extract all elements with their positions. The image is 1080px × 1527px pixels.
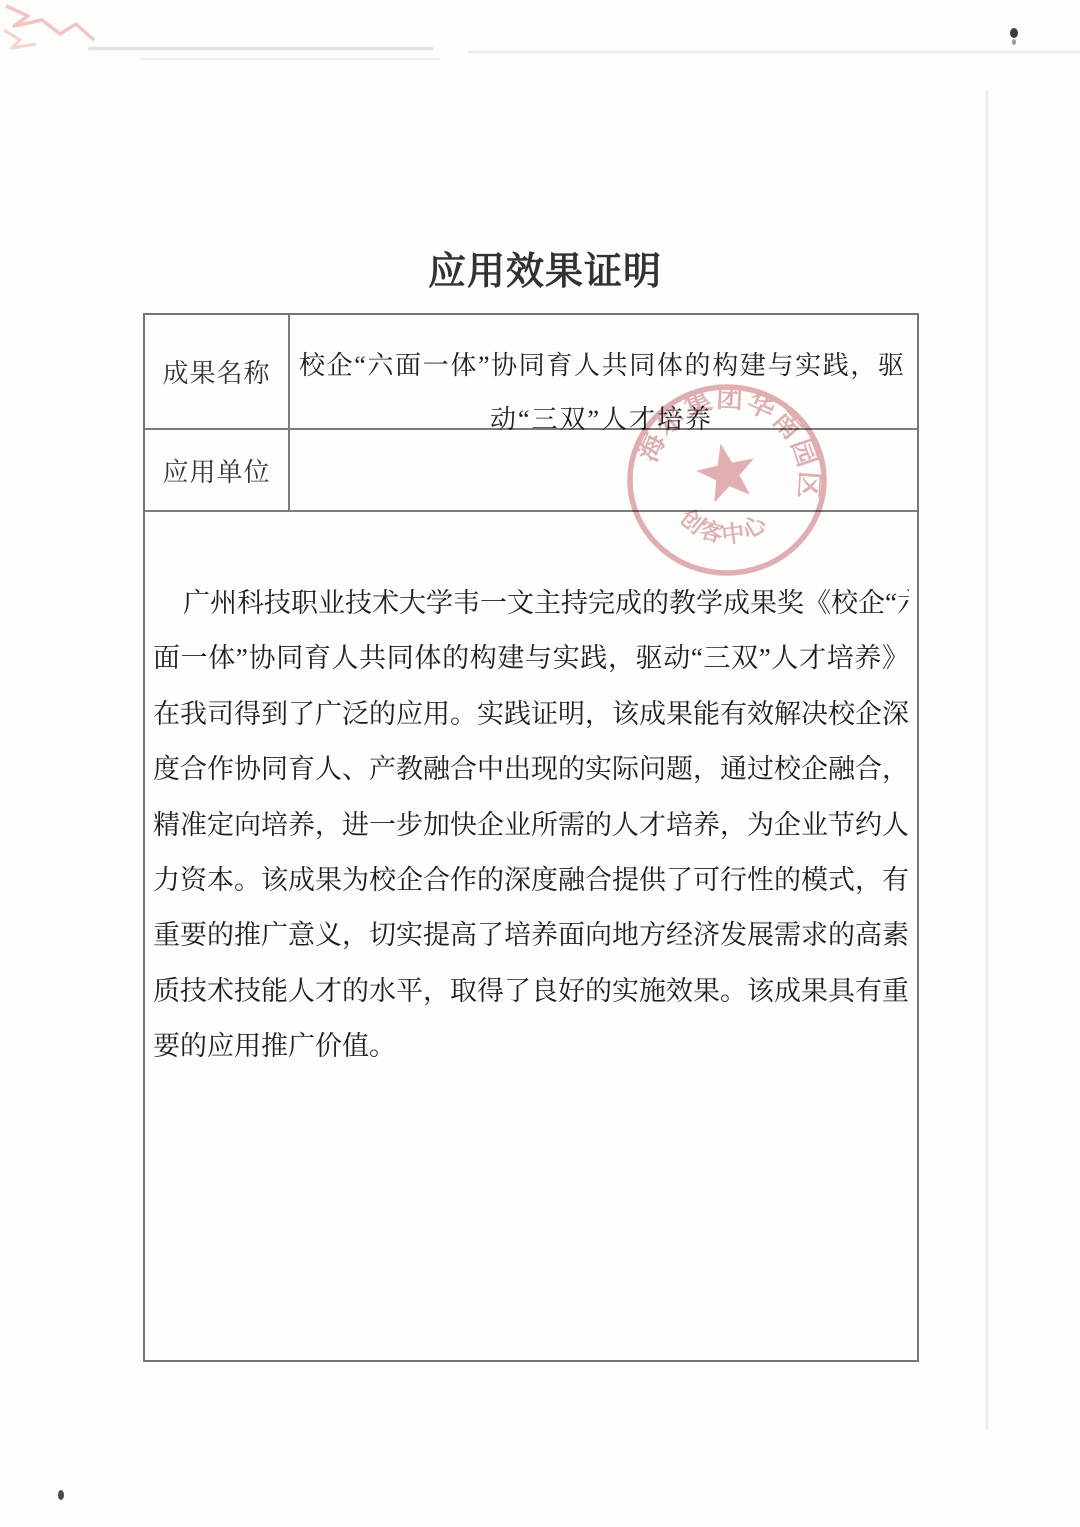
- scan-speck-artifact: [58, 1490, 64, 1500]
- scan-streak-artifact: [468, 51, 1080, 53]
- field-label-achievement-name: 成果名称: [145, 315, 290, 428]
- red-scribble-artifact: [2, 0, 112, 60]
- table-row-achievement-name: 成果名称 校企“六面一体”协同育人共同体的构建与实践，驱 动“三双”人才培养: [145, 315, 917, 430]
- scan-streak-artifact: [140, 58, 440, 60]
- body-line: 要的应用推广价值。: [153, 1019, 909, 1074]
- scan-speck-artifact: [1010, 28, 1018, 38]
- field-value-applying-unit: [290, 430, 917, 510]
- body-line: 质技术技能人才的水平，取得了良好的实施效果。该成果具有重: [153, 964, 909, 1019]
- page-title: 应用效果证明: [0, 240, 1080, 295]
- achievement-name-line-1: 校企“六面一体”协同育人共同体的构建与实践，驱: [299, 339, 904, 393]
- field-label-applying-unit: 应用单位: [145, 430, 290, 510]
- field-value-achievement-name: 校企“六面一体”协同育人共同体的构建与实践，驱 动“三双”人才培养: [290, 315, 917, 428]
- body-line: 力资本。该成果为校企合作的深度融合提供了可行性的模式，有: [153, 853, 909, 908]
- body-line: 面一体”协同育人共同体的构建与实践，驱动“三双”人才培养》: [153, 631, 909, 686]
- certificate-body: 广州科技职业技术大学韦一文主持完成的教学成果奖《校企“六 面一体”协同育人共同体…: [145, 512, 917, 1360]
- scanned-certificate-page: 应用效果证明 成果名称 校企“六面一体”协同育人共同体的构建与实践，驱 动“三双…: [0, 0, 1080, 1527]
- body-line: 精准定向培养，进一步加快企业所需的人才培养，为企业节约人: [153, 798, 909, 853]
- body-line: 度合作协同育人、产教融合中出现的实际问题，通过校企融合，: [153, 742, 909, 797]
- table-row-applying-unit: 应用单位: [145, 430, 917, 512]
- body-line: 广州科技职业技术大学韦一文主持完成的教学成果奖《校企“六: [153, 576, 909, 631]
- body-line: 重要的推广意义，切实提高了培养面向地方经济发展需求的高素: [153, 908, 909, 963]
- certificate-table: 成果名称 校企“六面一体”协同育人共同体的构建与实践，驱 动“三双”人才培养 应…: [143, 313, 919, 1362]
- scan-streak-artifact: [88, 47, 433, 50]
- body-line: 在我司得到了广泛的应用。实践证明，该成果能有效解决校企深: [153, 687, 909, 742]
